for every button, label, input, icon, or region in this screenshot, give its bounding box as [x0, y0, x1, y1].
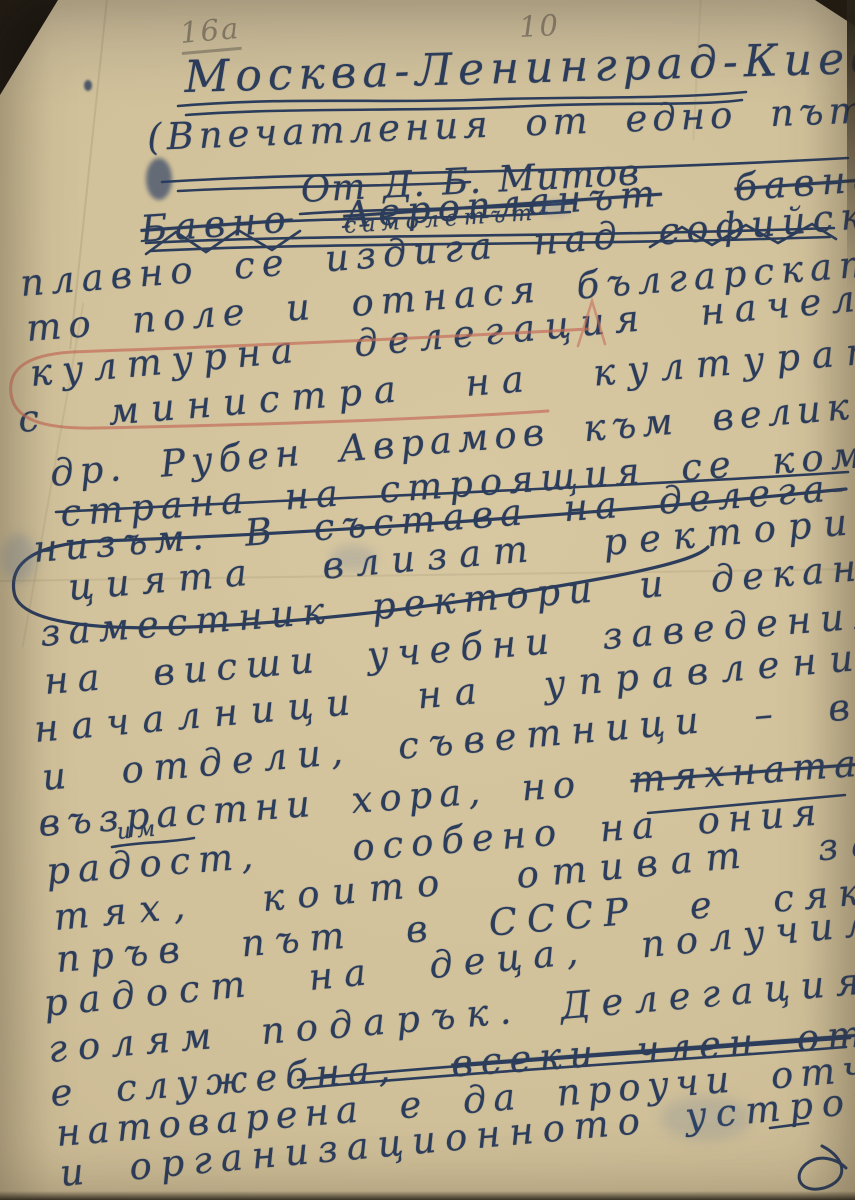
ink-blot — [84, 80, 92, 91]
ink-smudge — [2, 534, 36, 582]
flourish-swash — [799, 1146, 846, 1189]
folio-archive-number: 16а — [179, 11, 242, 55]
scan-corner-shadow — [0, 0, 58, 95]
scan-edge-shadow — [0, 1191, 855, 1200]
manuscript-page: 16а 10 Москва-Ленинград-Киев (Впечатлени… — [0, 0, 855, 1200]
scan-edge-shadow — [847, 0, 855, 290]
ink-blot — [146, 158, 172, 200]
folio-page-number: 10 — [518, 8, 561, 44]
